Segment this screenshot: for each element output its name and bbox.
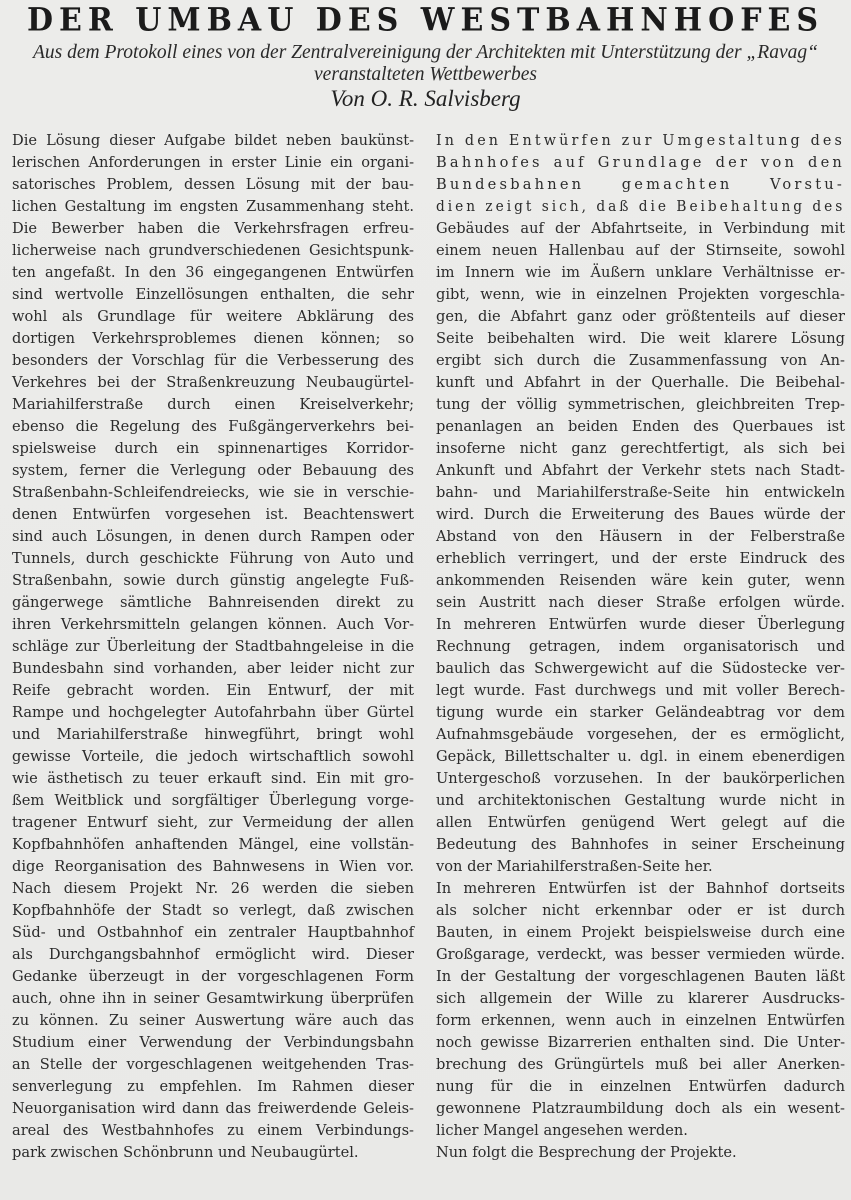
text-line: kunft und Abfahrt in der Querhalle. Die … xyxy=(436,372,845,394)
text-line: ergibt sich durch die Zusammenfassung vo… xyxy=(436,350,845,372)
text-line: Die Bewerber haben die Verkehrsfragen er… xyxy=(12,218,414,240)
text-line: Bahnhofes auf Grundlage der von den xyxy=(436,152,845,174)
text-line: ebenso die Regelung des Fußgängerverkehr… xyxy=(12,416,414,438)
text-line: gängerwege sämtliche Bahnreisenden direk… xyxy=(12,592,414,614)
article-author: Von O. R. Salvisberg xyxy=(0,86,851,112)
text-line: noch gewisse Bizarrerien enthalten sind.… xyxy=(436,1032,845,1054)
text-line: Untergeschoß vorzusehen. In der baukörpe… xyxy=(436,768,845,790)
text-line: Kopfbahnhöfen anhaftenden Mängel, eine v… xyxy=(12,834,414,856)
text-line: bahn- und Mariahilferstraße-Seite hin en… xyxy=(436,482,845,504)
text-line: nung für die in einzelnen Entwürfen dadu… xyxy=(436,1076,845,1098)
text-line: dortigen Verkehrsproblemes dienen können… xyxy=(12,328,414,350)
text-line: system, ferner die Verlegung oder Bebauu… xyxy=(12,460,414,482)
text-line: im Innern wie im Äußern unklare Verhältn… xyxy=(436,262,845,284)
text-line: Studium einer Verwendung der Verbindungs… xyxy=(12,1032,414,1054)
text-line: Neuorganisation wird dann das freiwerden… xyxy=(12,1098,414,1120)
text-line: ten angefaßt. In den 36 eingegangenen En… xyxy=(12,262,414,284)
text-line: ihren Verkehrsmitteln gelangen können. A… xyxy=(12,614,414,636)
text-line: licher Mangel angesehen werden. xyxy=(436,1120,845,1142)
text-line: legt wurde. Fast durchwegs und mit volle… xyxy=(436,680,845,702)
text-line: und architektonischen Gestaltung wurde n… xyxy=(436,790,845,812)
text-line: insoferne nicht ganz gerechtfertigt, als… xyxy=(436,438,845,460)
text-line: wird. Durch die Erweiterung des Baues wü… xyxy=(436,504,845,526)
text-line: Seite beibehalten wird. Die weit klarere… xyxy=(436,328,845,350)
text-line: form erkennen, wenn auch in einzelnen En… xyxy=(436,1010,845,1032)
text-line: sind wertvolle Einzellösungen enthalten,… xyxy=(12,284,414,306)
text-line: Ankunft und Abfahrt der Verkehr stets na… xyxy=(436,460,845,482)
text-line: licherweise nach grundverschiedenen Gesi… xyxy=(12,240,414,262)
text-line: lerischen Anforderungen in erster Linie … xyxy=(12,152,414,174)
text-line: senverlegung zu empfehlen. Im Rahmen die… xyxy=(12,1076,414,1098)
text-line: sein Austritt nach dieser Straße erfolge… xyxy=(436,592,845,614)
text-line: tragener Entwurf sieht, zur Vermeidung d… xyxy=(12,812,414,834)
text-line: Verkehres bei der Straßenkreuzung Neubau… xyxy=(12,372,414,394)
text-line: wie ästhetisch zu teuer erkauft sind. Ei… xyxy=(12,768,414,790)
text-line: park zwischen Schönbrunn und Neubaugürte… xyxy=(12,1142,414,1164)
text-line: als solcher nicht erkennbar oder er ist … xyxy=(436,900,845,922)
text-line: sind auch Lösungen, in denen durch Rampe… xyxy=(12,526,414,548)
subtitle-line-1: Aus dem Protokoll eines von der Zentralv… xyxy=(0,42,851,64)
text-line: von der Mariahilferstraßen-Seite her. xyxy=(436,856,845,878)
left-column: Die Lösung dieser Aufgabe bildet neben b… xyxy=(12,130,414,1164)
text-line: dien zeigt sich, daß die Beibehaltung de… xyxy=(436,196,845,218)
text-line: In den Entwürfen zur Umgestaltung des xyxy=(436,130,845,152)
text-line: spielsweise durch ein spinnenartiges Kor… xyxy=(12,438,414,460)
subtitle-line-2: veranstalteten Wettbewerbes xyxy=(0,64,851,86)
text-line: brechung des Grüngürtels muß bei aller A… xyxy=(436,1054,845,1076)
text-line: an Stelle der vorgeschlagenen weitgehend… xyxy=(12,1054,414,1076)
text-line: Bedeutung des Bahnhofes in seiner Ersche… xyxy=(436,834,845,856)
text-line: einem neuen Hallenbau auf der Stirnseite… xyxy=(436,240,845,262)
text-line: ankommenden Reisenden wäre kein guter, w… xyxy=(436,570,845,592)
text-line: gewisse Vorteile, die jedoch wirtschaftl… xyxy=(12,746,414,768)
text-line: Straßenbahn, sowie durch günstig angeleg… xyxy=(12,570,414,592)
text-line: Nach diesem Projekt Nr. 26 werden die si… xyxy=(12,878,414,900)
text-line: auch, ohne ihn in seiner Gesamtwirkung ü… xyxy=(12,988,414,1010)
text-line: baulich das Schwergewicht auf die Südost… xyxy=(436,658,845,680)
text-line: satorisches Problem, dessen Lösung mit d… xyxy=(12,174,414,196)
text-line: Bundesbahnen gemachten Vorstu- xyxy=(436,174,845,196)
text-line: penanlagen an beiden Enden des Querbaues… xyxy=(436,416,845,438)
text-line: gewonnene Platzraumbildung doch als ein … xyxy=(436,1098,845,1120)
text-line: zu können. Zu seiner Auswertung wäre auc… xyxy=(12,1010,414,1032)
text-line: tung der völlig symmetrischen, gleichbre… xyxy=(436,394,845,416)
text-line: In der Gestaltung der vorgeschlagenen Ba… xyxy=(436,966,845,988)
text-line: tigung wurde ein starker Geländeabtrag v… xyxy=(436,702,845,724)
text-line: und Mariahilferstraße hinwegführt, bring… xyxy=(12,724,414,746)
text-line: Aufnahmsgebäude vorgesehen, der es ermög… xyxy=(436,724,845,746)
article-subtitle: Aus dem Protokoll eines von der Zentralv… xyxy=(0,42,851,86)
text-line: erheblich verringert, und der erste Eind… xyxy=(436,548,845,570)
text-line: Mariahilferstraße durch einen Kreiselver… xyxy=(12,394,414,416)
text-line: denen Entwürfen vorgesehen ist. Beachten… xyxy=(12,504,414,526)
text-line: Rampe und hochgelegter Autofahrbahn über… xyxy=(12,702,414,724)
text-line: sich allgemein der Wille zu klarerer Aus… xyxy=(436,988,845,1010)
text-line: Nun folgt die Besprechung der Projekte. xyxy=(436,1142,845,1164)
text-line: Gedanke überzeugt in der vorgeschlagenen… xyxy=(12,966,414,988)
text-line: Süd- und Ostbahnhof ein zentraler Hauptb… xyxy=(12,922,414,944)
text-line: Bundesbahn sind vorhanden, aber leider n… xyxy=(12,658,414,680)
right-column: In den Entwürfen zur Umgestaltung desBah… xyxy=(436,130,845,1164)
text-line: Kopfbahnhöfe der Stadt so verlegt, daß z… xyxy=(12,900,414,922)
text-line: In mehreren Entwürfen ist der Bahnhof do… xyxy=(436,878,845,900)
text-line: In mehreren Entwürfen wurde dieser Überl… xyxy=(436,614,845,636)
text-line: lichen Gestaltung im engsten Zusammenhan… xyxy=(12,196,414,218)
text-line: Reife gebracht worden. Ein Entwurf, der … xyxy=(12,680,414,702)
text-line: Gebäudes auf der Abfahrtseite, in Verbin… xyxy=(436,218,845,240)
text-line: Straßenbahn-Schleifendreiecks, wie sie i… xyxy=(12,482,414,504)
text-line: Großgarage, verdeckt, was besser vermied… xyxy=(436,944,845,966)
text-line: ßem Weitblick und sorgfältiger Überlegun… xyxy=(12,790,414,812)
text-line: areal des Westbahnhofes zu einem Verbind… xyxy=(12,1120,414,1142)
text-line: als Durchgangsbahnhof ermöglicht wird. D… xyxy=(12,944,414,966)
text-line: besonders der Vorschlag für die Verbesse… xyxy=(12,350,414,372)
text-line: gen, die Abfahrt ganz oder größtenteils … xyxy=(436,306,845,328)
text-line: Bauten, in einem Projekt beispielsweise … xyxy=(436,922,845,944)
text-line: wohl als Grundlage für weitere Abklärung… xyxy=(12,306,414,328)
text-line: gibt, wenn, wie in einzelnen Projekten v… xyxy=(436,284,845,306)
text-line: Tunnels, durch geschickte Führung von Au… xyxy=(12,548,414,570)
text-line: schläge zur Überleitung der Stadtbahngel… xyxy=(12,636,414,658)
text-line: Abstand von den Häusern in der Felberstr… xyxy=(436,526,845,548)
text-line: Die Lösung dieser Aufgabe bildet neben b… xyxy=(12,130,414,152)
text-line: allen Entwürfen genügend Wert gelegt auf… xyxy=(436,812,845,834)
text-line: dige Reorganisation des Bahnwesens in Wi… xyxy=(12,856,414,878)
text-line: Rechnung getragen, indem organisatorisch… xyxy=(436,636,845,658)
text-line: Gepäck, Billettschalter u. dgl. in einem… xyxy=(436,746,845,768)
article-title: DER UMBAU DES WESTBAHNHOFES xyxy=(0,1,851,41)
